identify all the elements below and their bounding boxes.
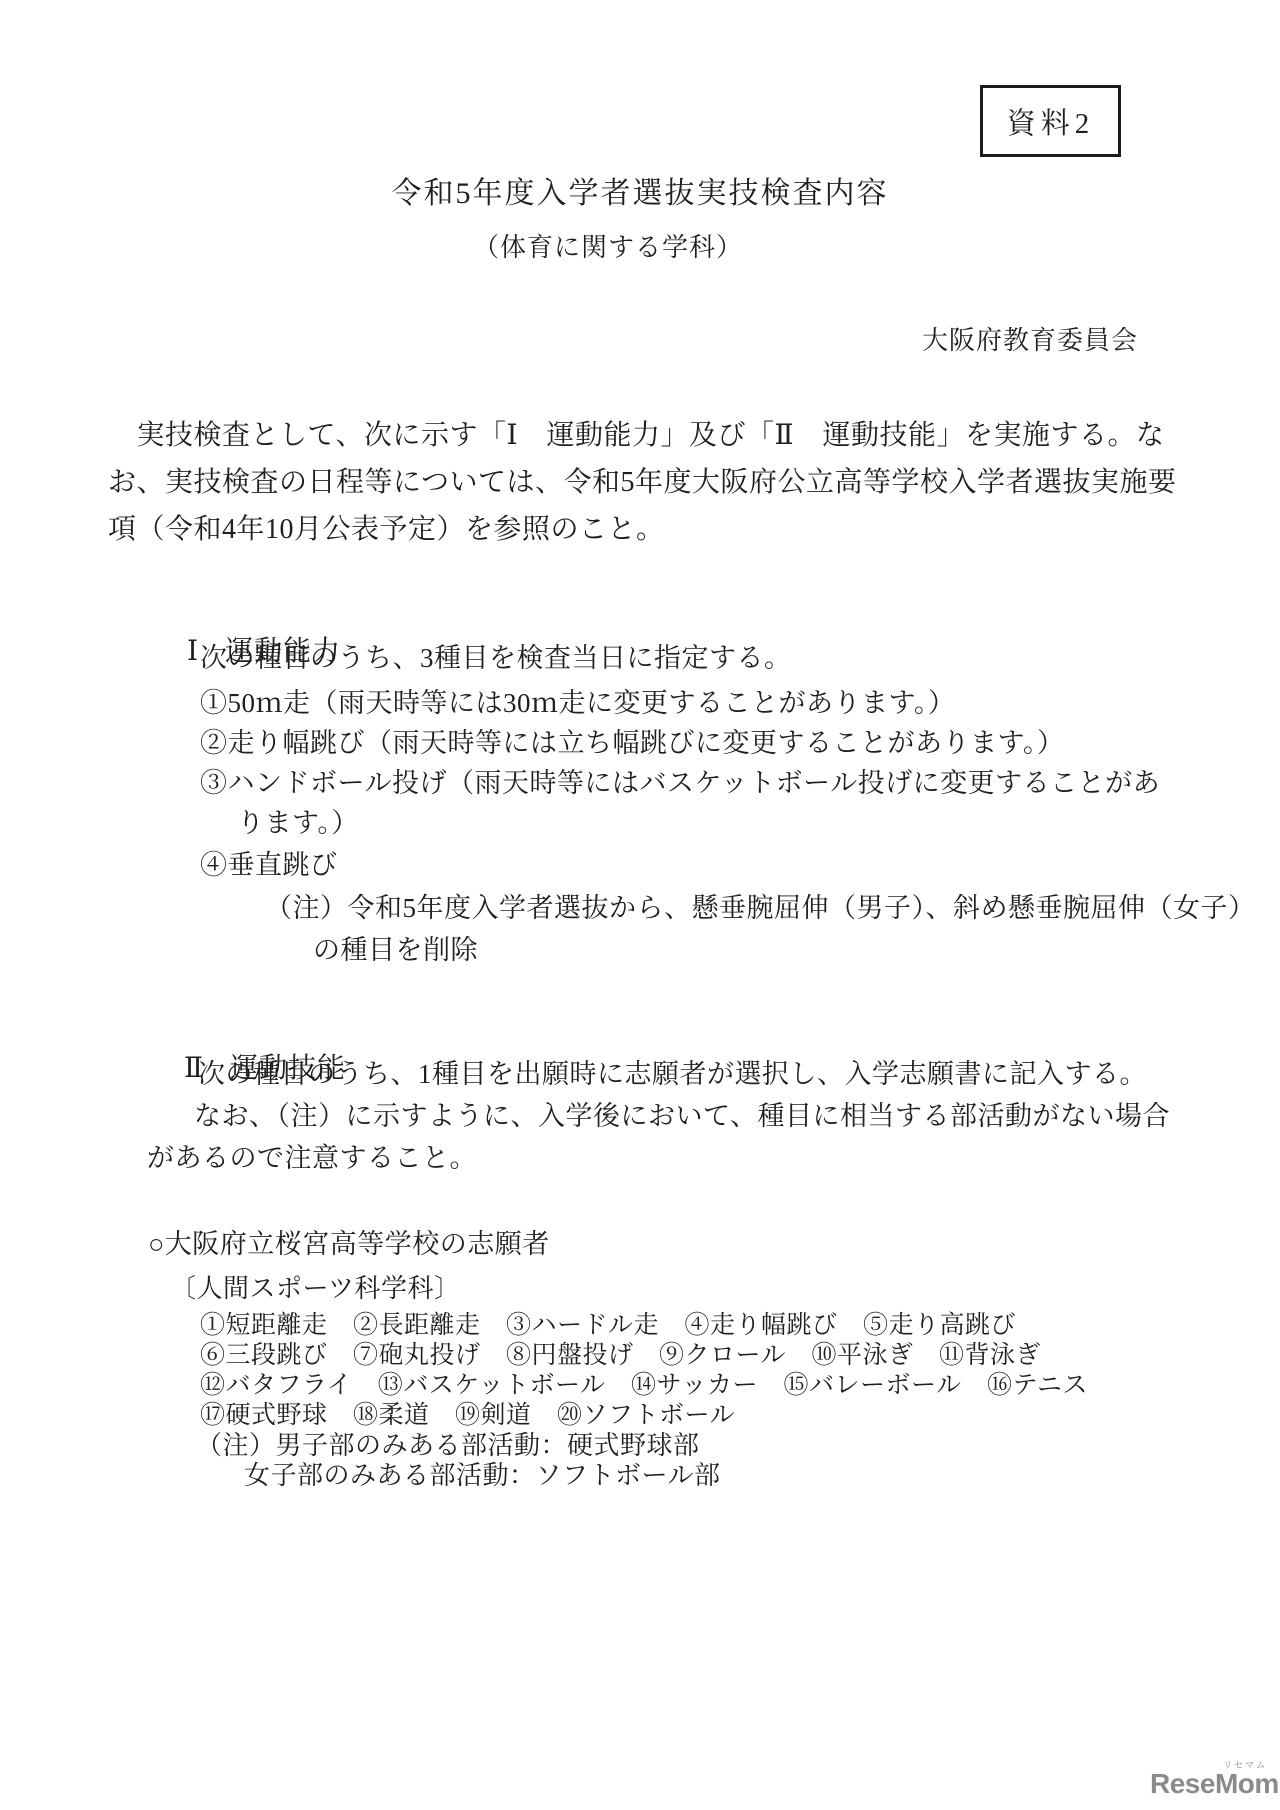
school-events-line-4: ⑰硬式野球 ⑱柔道 ⑲剣道 ⑳ソフトボール bbox=[200, 1400, 735, 1431]
school-events-line-3: ⑫バタフライ ⑬バスケットボール ⑭サッカー ⑮バレーボール ⑯テニス bbox=[200, 1370, 1088, 1401]
skill-body-line-2: があるので注意すること。 bbox=[147, 1142, 477, 1176]
document-title: 令和5年度入学者選抜実技検査内容 bbox=[0, 168, 1280, 212]
document-page: 資料2 令和5年度入学者選抜実技検査内容 （体育に関する学科） 大阪府教育委員会… bbox=[0, 0, 1280, 1810]
section-1-lead: 次の種目のうち、3種目を検査当日に指定する。 bbox=[200, 642, 792, 676]
section-2-lead: 次の種目のうち、1種目を出願時に志願者が選択し、入学志願書に記入する。 bbox=[198, 1058, 1147, 1092]
ability-item-3-continued: ります。） bbox=[237, 807, 359, 841]
school-applicants-heading: ○大阪府立桜宮高等学校の志願者 bbox=[148, 1228, 550, 1262]
ability-item-2: ②走り幅跳び（雨天時等には立ち幅跳びに変更することがあります。） bbox=[200, 727, 1064, 761]
document-label-box: 資料2 bbox=[980, 85, 1121, 157]
section-1-numeral: Ⅰ bbox=[187, 636, 199, 667]
skill-body-line-1: なお、（注）に示すように、入学後において、種目に相当する部活動がない場合 bbox=[194, 1100, 1170, 1134]
ability-note-line-2: の種目を削除 bbox=[313, 934, 478, 968]
ability-item-1: ①50ｍ走（雨天時等には30ｍ走に変更することがあります。） bbox=[200, 687, 955, 721]
ability-item-4: ④垂直跳び bbox=[200, 849, 338, 883]
document-subtitle: （体育に関する学科） bbox=[0, 227, 1248, 264]
school-events-line-2: ⑥三段跳び ⑦砲丸投げ ⑧円盤投げ ⑨クロール ⑩平泳ぎ ⑪背泳ぎ bbox=[200, 1340, 1041, 1371]
resemom-watermark-logo: ReseMom. bbox=[1150, 1768, 1280, 1799]
intro-paragraph: 実技検査として、次に示す「Ⅰ 運動能力」及び「Ⅱ 運動技能」を実施する。な お、… bbox=[108, 412, 1198, 553]
intro-line-2: お、実技検査の日程等については、令和5年度大阪府公立高等学校入学者選抜実施要 bbox=[108, 459, 1198, 506]
school-note-line-2: 女子部のみある部活動：ソフトボール部 bbox=[244, 1460, 720, 1493]
ability-note-line-1: （注）令和5年度入学者選抜から、懸垂腕屈伸（男子）、斜め懸垂腕屈伸（女子） bbox=[265, 892, 1256, 926]
school-note-line-1: （注）男子部のみある部活動：硬式野球部 bbox=[196, 1430, 700, 1463]
intro-line-1: 実技検査として、次に示す「Ⅰ 運動能力」及び「Ⅱ 運動技能」を実施する。な bbox=[108, 412, 1198, 459]
school-department: 〔人間スポーツ科学科〕 bbox=[170, 1273, 460, 1306]
document-label: 資料2 bbox=[1007, 101, 1095, 142]
ability-item-3: ③ハンドボール投げ（雨天時等にはバスケットボール投げに変更することがあ bbox=[200, 767, 1160, 801]
school-events-line-1: ①短距離走 ②長距離走 ③ハードル走 ④走り幅跳び ⑤走り高跳び bbox=[200, 1310, 1016, 1341]
author-line: 大阪府教育委員会 bbox=[922, 320, 1138, 357]
intro-line-3: 項（令和4年10月公表予定）を参照のこと。 bbox=[108, 506, 1198, 553]
resemom-watermark: リセマム ReseMom. bbox=[1150, 1758, 1275, 1800]
